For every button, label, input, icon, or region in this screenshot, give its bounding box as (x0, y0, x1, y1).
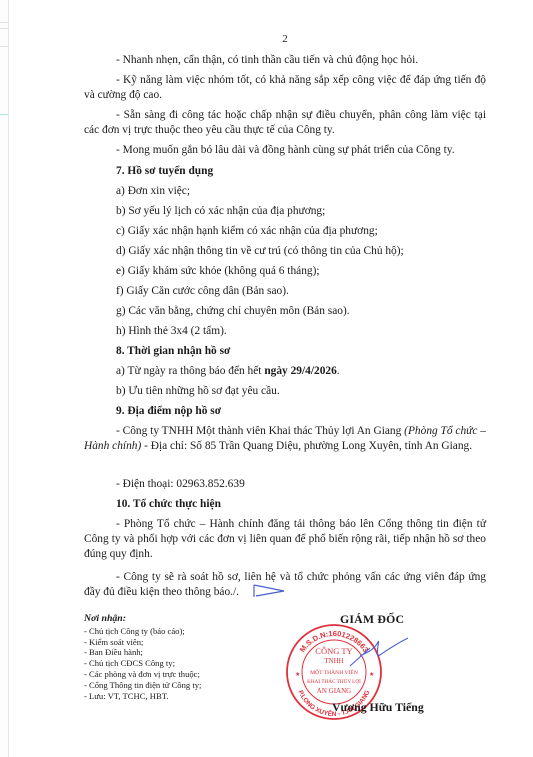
document-list-item: f) Giấy Căn cước công dân (Bản sao). (116, 284, 289, 299)
page-left-edge (0, 0, 9, 757)
document-list-item: e) Giấy khám sức khỏe (không quá 6 tháng… (116, 264, 320, 279)
priority-item: b) Ưu tiên những hồ sơ đạt yêu cầu. (116, 384, 280, 399)
svg-text:TNHH: TNHH (324, 657, 343, 665)
svg-text:KHAI THÁC THỦY LỢI: KHAI THÁC THỦY LỢI (307, 677, 361, 685)
recipient-item: - Kiểm soát viên; (84, 637, 201, 648)
signer-title: GIÁM ĐỐC (340, 612, 404, 627)
document-list-item: g) Các văn bằng, chứng chỉ chuyên môn (B… (116, 304, 350, 319)
recipient-item: - Ban Điều hành; (84, 647, 201, 658)
svg-text:AN GIANG: AN GIANG (317, 687, 351, 695)
implementation-paragraph: - Phòng Tổ chức – Hành chính đăng tải th… (84, 517, 486, 562)
document-list-item: c) Giấy xác nhận hạnh kiểm có xác nhận c… (116, 224, 378, 239)
recipient-item: - Chủ tịch CĐCS Công ty; (84, 658, 201, 669)
page-number: 2 (84, 32, 486, 47)
requirement-line: - Sẵn sàng đi công tác hoặc chấp nhận sự… (84, 108, 486, 138)
recipient-item: - Cổng Thông tin điện tử Công ty; (84, 680, 201, 691)
document-list-item: a) Đơn xin việc; (116, 184, 190, 199)
signature-icon (348, 630, 418, 670)
signer-name: Vương Hữu Tiếng (332, 700, 424, 715)
phone-line: - Điện thoại: 02963.852.639 (116, 477, 245, 492)
section-8-heading: 8. Thời gian nhận hồ sơ (116, 344, 230, 359)
initial-mark-icon (250, 582, 290, 600)
document-list-item: b) Sơ yếu lý lịch có xác nhận của địa ph… (116, 204, 325, 219)
recipient-item: - Các phòng và đơn vị trực thuộc; (84, 669, 201, 680)
section-9-heading: 9. Địa điểm nộp hồ sơ (116, 404, 221, 419)
recipients-block: Nơi nhận: - Chủ tịch Công ty (báo cáo); … (84, 614, 201, 701)
recipients-title: Nơi nhận: (84, 614, 201, 625)
submission-address: - Công ty TNHH Một thành viên Khai thác … (84, 424, 486, 454)
recipient-item: - Chủ tịch Công ty (báo cáo); (84, 626, 201, 637)
svg-text:★: ★ (295, 671, 300, 678)
requirement-line: - Mong muốn gắn bó lâu dài và đồng hành … (84, 143, 486, 158)
svg-text:★: ★ (369, 671, 374, 678)
deadline-date: ngày 29/4/2026 (264, 365, 336, 377)
section-7-heading: 7. Hồ sơ tuyển dụng (116, 164, 213, 179)
requirement-line: - Nhanh nhẹn, cẩn thận, có tinh thần cầu… (84, 53, 486, 68)
document-list-item: d) Giấy xác nhận thông tin về cư trú (có… (116, 244, 404, 259)
recipient-item: - Lưu: VT, TCHC, HBT. (84, 691, 201, 702)
document-list-item: h) Hình thẻ 3x4 (2 tấm). (116, 324, 227, 339)
deadline-item: a) Từ ngày ra thông báo đến hết ngày 29/… (116, 364, 340, 379)
section-10-heading: 10. Tổ chức thực hiện (116, 497, 221, 512)
requirement-line: - Kỹ năng làm việc nhóm tốt, có khả năng… (84, 73, 486, 103)
